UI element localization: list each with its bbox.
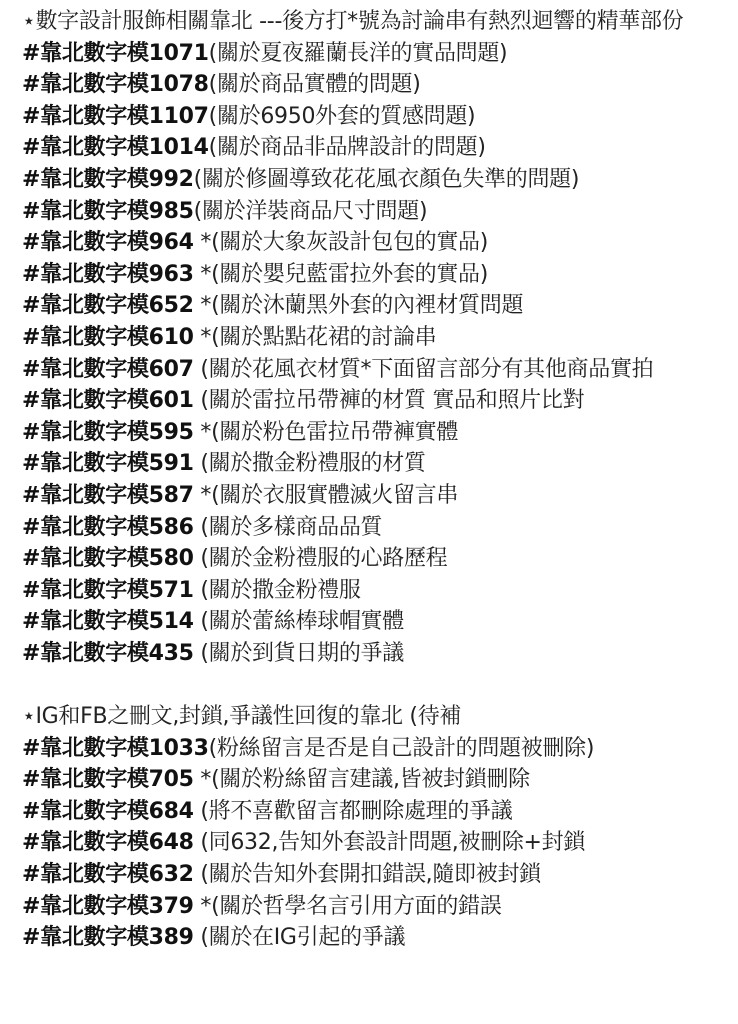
post-body: ⋆數字設計服飾相關靠北 ---後方打*號為討論串有熱烈迴響的精華部份 #靠北數字…: [22, 6, 734, 954]
list-item: #靠北數字模992(關於修圖導致花花風衣顏色失準的問題): [22, 164, 734, 196]
list-item: #靠北數字模587 *(關於衣服實體滅火留言串: [22, 480, 734, 512]
list-item: #靠北數字模985(關於洋裝商品尺寸問題): [22, 196, 734, 228]
entry-description: *(關於粉色雷拉吊帶褲實體: [194, 420, 458, 445]
hashtag-link[interactable]: #靠北數字模1107: [22, 104, 209, 129]
hashtag-link[interactable]: #靠北數字模591: [22, 451, 194, 476]
hashtag-link[interactable]: #靠北數字模963: [22, 262, 194, 287]
list-item: #靠北數字模1078(關於商品實體的問題): [22, 69, 734, 101]
entry-description: *(關於沐蘭黑外套的內裡材質問題: [194, 293, 523, 318]
list-item: #靠北數字模571 (關於撒金粉禮服: [22, 575, 734, 607]
list-item: #靠北數字模389 (關於在IG引起的爭議: [22, 922, 734, 954]
entry-description: *(關於粉絲留言建議,皆被封鎖刪除: [194, 767, 530, 792]
hashtag-link[interactable]: #靠北數字模601: [22, 388, 194, 413]
entry-description: (關於在IG引起的爭議: [194, 925, 406, 950]
hashtag-link[interactable]: #靠北數字模514: [22, 609, 194, 634]
entry-description: (關於到貨日期的爭議: [194, 641, 404, 666]
list-item: #靠北數字模435 (關於到貨日期的爭議: [22, 638, 734, 670]
hashtag-link[interactable]: #靠北數字模379: [22, 894, 194, 919]
hashtag-link[interactable]: #靠北數字模587: [22, 483, 194, 508]
hashtag-link[interactable]: #靠北數字模1071: [22, 41, 209, 66]
section-spacer: [22, 669, 734, 701]
list-item: #靠北數字模379 *(關於哲學名言引用方面的錯誤: [22, 891, 734, 923]
list-item: #靠北數字模652 *(關於沐蘭黑外套的內裡材質問題: [22, 290, 734, 322]
entry-description: (關於多樣商品品質: [194, 515, 383, 540]
entry-description: (關於商品實體的問題): [209, 72, 421, 97]
section-heading-deletions: ⋆IG和FB之刪文,封鎖,爭議性回復的靠北 (待補: [22, 701, 734, 733]
entry-description: (關於夏夜羅蘭長洋的實品問題): [209, 41, 508, 66]
list-item: #靠北數字模514 (關於蕾絲棒球帽實體: [22, 606, 734, 638]
hashtag-link[interactable]: #靠北數字模610: [22, 325, 194, 350]
entry-description: (關於告知外套開扣錯誤,隨即被封鎖: [194, 862, 541, 887]
list-item: #靠北數字模601 (關於雷拉吊帶褲的材質 實品和照片比對: [22, 385, 734, 417]
entry-description: (關於6950外套的質感問題): [209, 104, 476, 129]
list-item: #靠北數字模607 (關於花風衣材質*下面留言部分有其他商品實拍: [22, 354, 734, 386]
list-item: #靠北數字模1014(關於商品非品牌設計的問題): [22, 132, 734, 164]
hashtag-link[interactable]: #靠北數字模985: [22, 199, 194, 224]
entry-description: (關於修圖導致花花風衣顏色失準的問題): [194, 167, 579, 192]
hashtag-link[interactable]: #靠北數字模1078: [22, 72, 209, 97]
hashtag-link[interactable]: #靠北數字模586: [22, 515, 194, 540]
entry-description: *(關於嬰兒藍雷拉外套的實品): [194, 262, 488, 287]
hashtag-link[interactable]: #靠北數字模992: [22, 167, 194, 192]
hashtag-link[interactable]: #靠北數字模1014: [22, 135, 209, 160]
list-item: #靠北數字模580 (關於金粉禮服的心路歷程: [22, 543, 734, 575]
hashtag-link[interactable]: #靠北數字模632: [22, 862, 194, 887]
list-item: #靠北數字模610 *(關於點點花裙的討論串: [22, 322, 734, 354]
list-item: #靠北數字模964 *(關於大象灰設計包包的實品): [22, 227, 734, 259]
hashtag-link[interactable]: #靠北數字模435: [22, 641, 194, 666]
entry-description: *(關於哲學名言引用方面的錯誤: [194, 894, 502, 919]
hashtag-link[interactable]: #靠北數字模964: [22, 230, 194, 255]
hashtag-link[interactable]: #靠北數字模595: [22, 420, 194, 445]
entry-description: (同632,告知外套設計問題,被刪除+封鎖: [194, 830, 585, 855]
entry-description: (關於撒金粉禮服的材質: [194, 451, 426, 476]
list-item: #靠北數字模632 (關於告知外套開扣錯誤,隨即被封鎖: [22, 859, 734, 891]
entry-description: *(關於點點花裙的討論串: [194, 325, 437, 350]
section-heading-design: ⋆數字設計服飾相關靠北 ---後方打*號為討論串有熱烈迴響的精華部份: [22, 6, 734, 38]
entry-description: (關於蕾絲棒球帽實體: [194, 609, 404, 634]
hashtag-link[interactable]: #靠北數字模1033: [22, 736, 209, 761]
entry-description: (粉絲留言是否是自己設計的問題被刪除): [209, 736, 594, 761]
list-item: #靠北數字模595 *(關於粉色雷拉吊帶褲實體: [22, 417, 734, 449]
entry-description: (關於花風衣材質*下面留言部分有其他商品實拍: [194, 357, 654, 382]
hashtag-link[interactable]: #靠北數字模607: [22, 357, 194, 382]
hashtag-link[interactable]: #靠北數字模684: [22, 799, 194, 824]
entry-description: (關於撒金粉禮服: [194, 578, 361, 603]
hashtag-link[interactable]: #靠北數字模705: [22, 767, 194, 792]
hashtag-link[interactable]: #靠北數字模652: [22, 293, 194, 318]
hashtag-link[interactable]: #靠北數字模389: [22, 925, 194, 950]
list-item: #靠北數字模586 (關於多樣商品品質: [22, 512, 734, 544]
list-item: #靠北數字模1071(關於夏夜羅蘭長洋的實品問題): [22, 38, 734, 70]
list-item: #靠北數字模648 (同632,告知外套設計問題,被刪除+封鎖: [22, 827, 734, 859]
hashtag-link[interactable]: #靠北數字模571: [22, 578, 194, 603]
list-item: #靠北數字模684 (將不喜歡留言都刪除處理的爭議: [22, 796, 734, 828]
hashtag-link[interactable]: #靠北數字模580: [22, 546, 194, 571]
hashtag-link[interactable]: #靠北數字模648: [22, 830, 194, 855]
entry-description: (關於商品非品牌設計的問題): [209, 135, 486, 160]
entry-description: (將不喜歡留言都刪除處理的爭議: [194, 799, 513, 824]
entry-description: *(關於大象灰設計包包的實品): [194, 230, 488, 255]
list-item: #靠北數字模1107(關於6950外套的質感問題): [22, 101, 734, 133]
entry-description: (關於洋裝商品尺寸問題): [194, 199, 428, 224]
entry-description: (關於金粉禮服的心路歷程: [194, 546, 448, 571]
list-item: #靠北數字模705 *(關於粉絲留言建議,皆被封鎖刪除: [22, 764, 734, 796]
list-item: #靠北數字模1033(粉絲留言是否是自己設計的問題被刪除): [22, 733, 734, 765]
list-item: #靠北數字模963 *(關於嬰兒藍雷拉外套的實品): [22, 259, 734, 291]
entry-description: *(關於衣服實體滅火留言串: [194, 483, 458, 508]
entry-description: (關於雷拉吊帶褲的材質 實品和照片比對: [194, 388, 585, 413]
list-item: #靠北數字模591 (關於撒金粉禮服的材質: [22, 448, 734, 480]
